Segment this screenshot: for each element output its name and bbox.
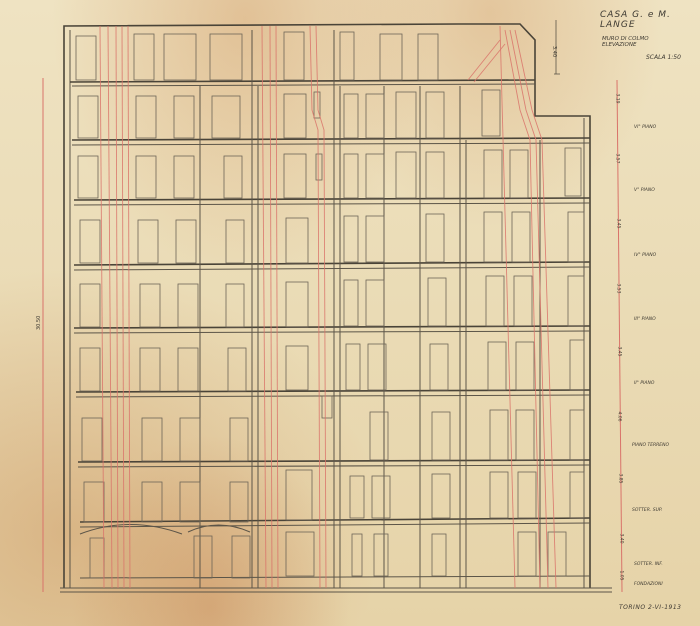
floor-openings-3 <box>80 212 584 263</box>
building-outline <box>60 24 612 592</box>
dimension-value: 3.19 <box>615 93 620 103</box>
level-label: SOTTER. INF. <box>634 562 663 567</box>
top-dimension-value: 3.40 <box>551 46 557 57</box>
level-label: III° PIANO <box>634 317 656 322</box>
drawing-title: CASA G. e M. LANGE <box>600 10 700 30</box>
dimension-value: 3.57 <box>615 153 620 163</box>
drawing-subtitle-2: ELEVAZIONE <box>602 42 700 48</box>
level-label: II° PIANO <box>634 381 654 386</box>
level-label: FONDAZIONI <box>634 582 663 587</box>
overall-height-value: 30.50 <box>36 316 42 330</box>
floor-slabs <box>70 80 590 578</box>
level-label: V° PIANO <box>634 188 655 193</box>
dimension-value: 3.45 <box>616 218 621 228</box>
level-dimension-line: 3.40 <box>551 20 622 592</box>
level-label: SOTTER. SUP. <box>632 508 662 513</box>
red-service-lines <box>100 26 556 588</box>
dimension-value: 3.53 <box>616 283 621 293</box>
elevation-drawing: 30.50 3.40 <box>0 0 700 626</box>
walls <box>200 30 540 588</box>
dimension-value: 1.05 <box>619 570 624 580</box>
level-label: PIANO TERRENO <box>632 443 669 448</box>
dimension-value: 3.85 <box>618 473 623 483</box>
level-label: IV° PIANO <box>634 253 656 258</box>
floor-openings-4 <box>80 276 584 327</box>
basement-openings <box>90 532 566 578</box>
dimension-value: 3.40 <box>619 533 624 543</box>
overall-dimension: 30.50 <box>36 78 43 592</box>
date-stamp: TORINO 2-VI-1913 <box>619 604 682 611</box>
level-label: VI° PIANO <box>634 125 656 130</box>
floor-openings-6 <box>82 396 584 461</box>
dimension-value: 3.45 <box>617 346 622 356</box>
title-block: CASA G. e M. LANGE MURO DI COLMO ELEVAZI… <box>600 10 700 61</box>
drawing-scale: SCALA 1:50 <box>646 54 700 61</box>
dimension-value: 4.06 <box>617 411 622 421</box>
drawing-sheet: 30.50 3.40 CASA G. e M. LANGE MURO DI CO… <box>0 0 700 626</box>
